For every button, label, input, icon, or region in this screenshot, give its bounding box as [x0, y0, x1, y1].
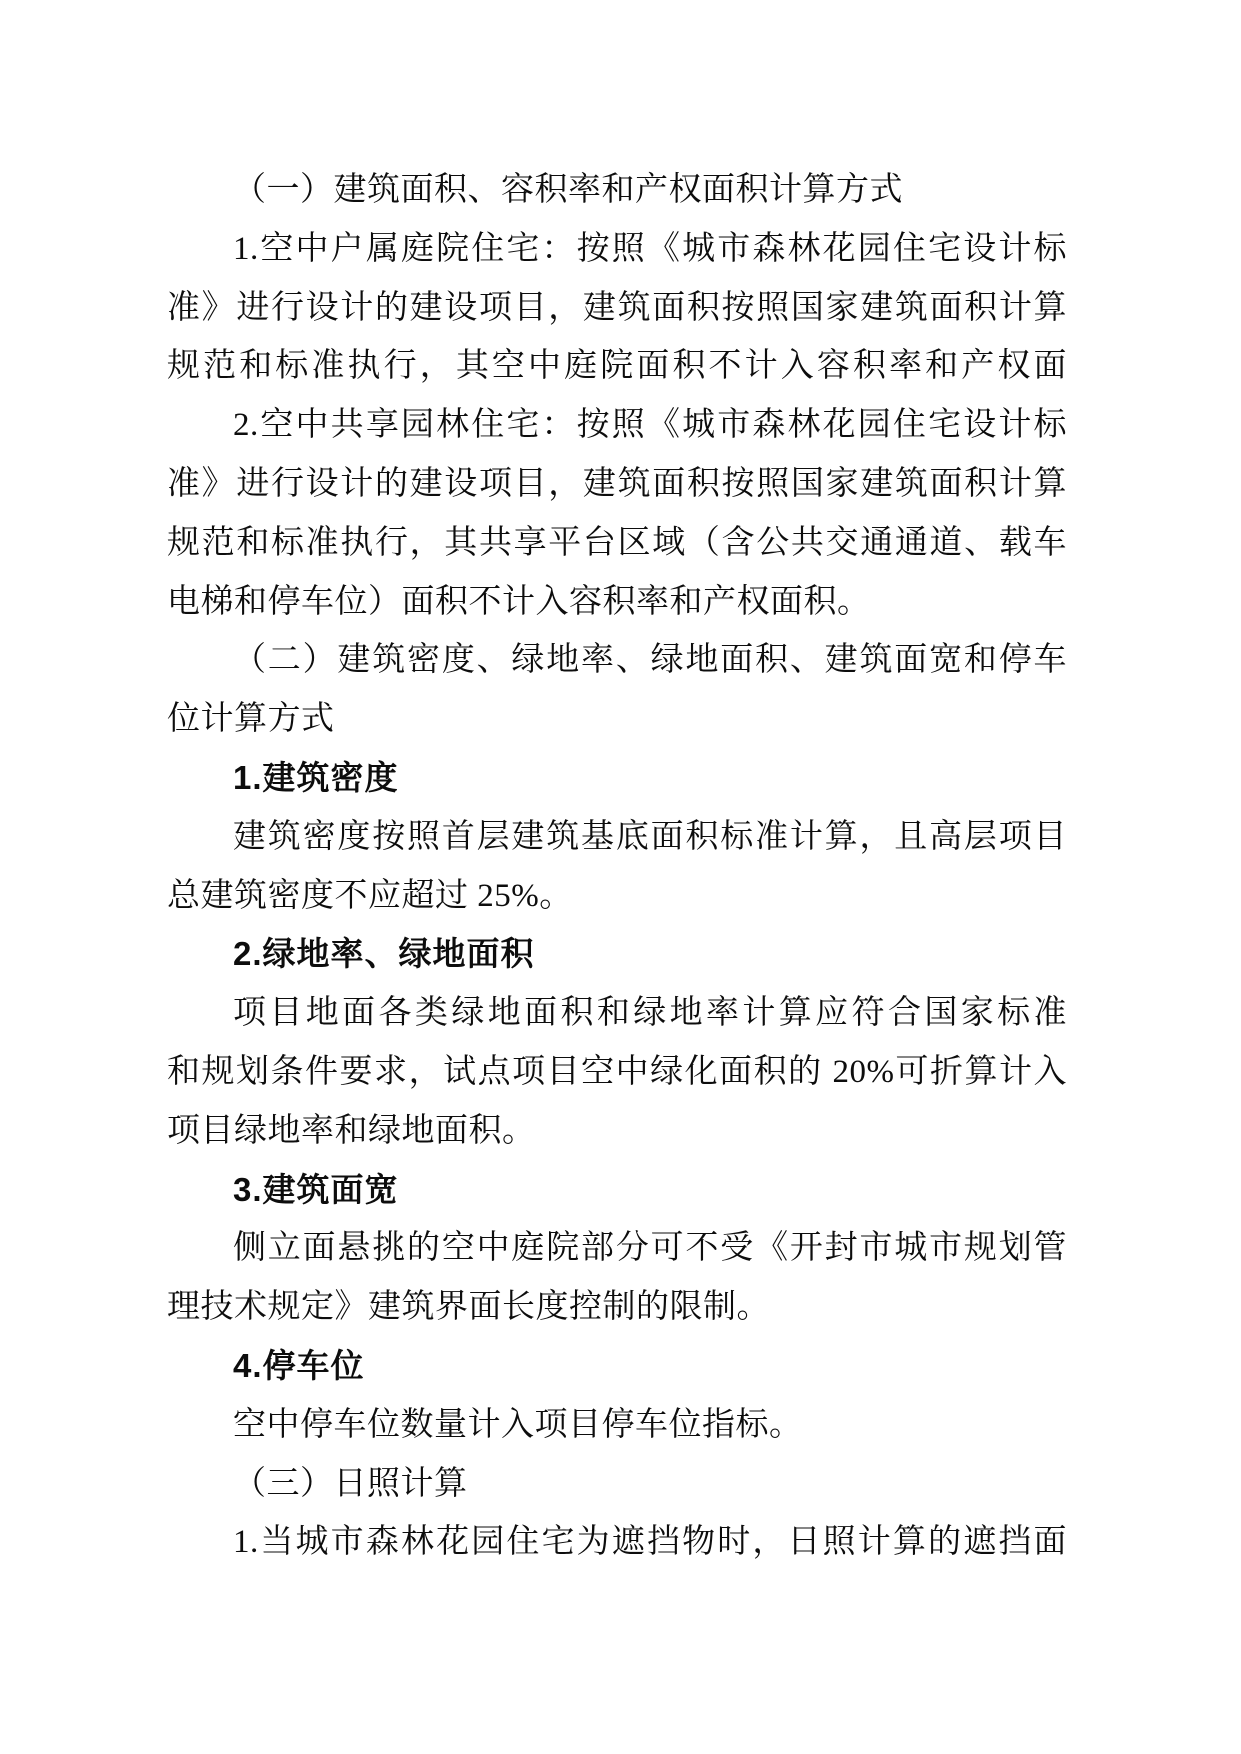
text-line: 规范和标准执行，其空中庭院面积不计入容积率和产权面积。: [167, 337, 1067, 396]
text-line: 理技术规定》建筑界面长度控制的限制。: [167, 1278, 1067, 1337]
paragraph: 1.当城市森林花园住宅为遮挡物时，日照计算的遮挡面: [167, 1513, 1067, 1572]
paragraph: 项目地面各类绿地面积和绿地率计算应符合国家标准和规划条件要求，试点项目空中绿化面…: [167, 984, 1067, 1160]
text-line: 准》进行设计的建设项目，建筑面积按照国家建筑面积计算: [167, 279, 1067, 338]
paragraph: 1.空中户属庭院住宅：按照《城市森林花园住宅设计标准》进行设计的建设项目，建筑面…: [167, 220, 1067, 396]
text-line: 规范和标准执行，其共享平台区域（含公共交通通道、载车: [167, 514, 1067, 573]
text-line: 电梯和停车位）面积不计入容积率和产权面积。: [167, 573, 1067, 632]
text-line: 和规划条件要求，试点项目空中绿化面积的 20%可折算计入: [167, 1043, 1067, 1102]
text-line: 项目绿地率和绿地面积。: [167, 1102, 1067, 1161]
text-line: 2.空中共享园林住宅：按照《城市森林花园住宅设计标: [167, 396, 1067, 455]
paragraph: 2.绿地率、绿地面积: [167, 925, 1067, 984]
text-line: 1.建筑密度: [167, 749, 1067, 808]
text-line: 1.当城市森林花园住宅为遮挡物时，日照计算的遮挡面: [167, 1513, 1067, 1572]
text-line: 侧立面悬挑的空中庭院部分可不受《开封市城市规划管: [167, 1219, 1067, 1278]
text-line: 准》进行设计的建设项目，建筑面积按照国家建筑面积计算: [167, 455, 1067, 514]
paragraph: （一）建筑面积、容积率和产权面积计算方式: [167, 161, 1067, 220]
text-line: 2.绿地率、绿地面积: [167, 925, 1067, 984]
text-line: 空中停车位数量计入项目停车位指标。: [167, 1396, 1067, 1455]
paragraph: 1.建筑密度: [167, 749, 1067, 808]
text-line: （三）日照计算: [167, 1455, 1067, 1514]
text-line: 4.停车位: [167, 1337, 1067, 1396]
paragraph: 侧立面悬挑的空中庭院部分可不受《开封市城市规划管理技术规定》建筑界面长度控制的限…: [167, 1219, 1067, 1337]
text-line: 1.空中户属庭院住宅：按照《城市森林花园住宅设计标: [167, 220, 1067, 279]
document-page: （一）建筑面积、容积率和产权面积计算方式1.空中户属庭院住宅：按照《城市森林花园…: [0, 0, 1067, 1572]
text-line: 3.建筑面宽: [167, 1161, 1067, 1220]
text-line: 项目地面各类绿地面积和绿地率计算应符合国家标准: [167, 984, 1067, 1043]
paragraph: 4.停车位: [167, 1337, 1067, 1396]
text-line: 总建筑密度不应超过 25%。: [167, 867, 1067, 926]
paragraph: （二）建筑密度、绿地率、绿地面积、建筑面宽和停车位计算方式: [167, 631, 1067, 749]
text-line: 位计算方式: [167, 690, 1067, 749]
text-line: 建筑密度按照首层建筑基底面积标准计算，且高层项目: [167, 808, 1067, 867]
text-line: （一）建筑面积、容积率和产权面积计算方式: [167, 161, 1067, 220]
paragraph: （三）日照计算: [167, 1455, 1067, 1514]
paragraph: 建筑密度按照首层建筑基底面积标准计算，且高层项目总建筑密度不应超过 25%。: [167, 808, 1067, 926]
text-line: （二）建筑密度、绿地率、绿地面积、建筑面宽和停车: [167, 631, 1067, 690]
paragraph: 空中停车位数量计入项目停车位指标。: [167, 1396, 1067, 1455]
paragraph: 3.建筑面宽: [167, 1161, 1067, 1220]
paragraph: 2.空中共享园林住宅：按照《城市森林花园住宅设计标准》进行设计的建设项目，建筑面…: [167, 396, 1067, 631]
